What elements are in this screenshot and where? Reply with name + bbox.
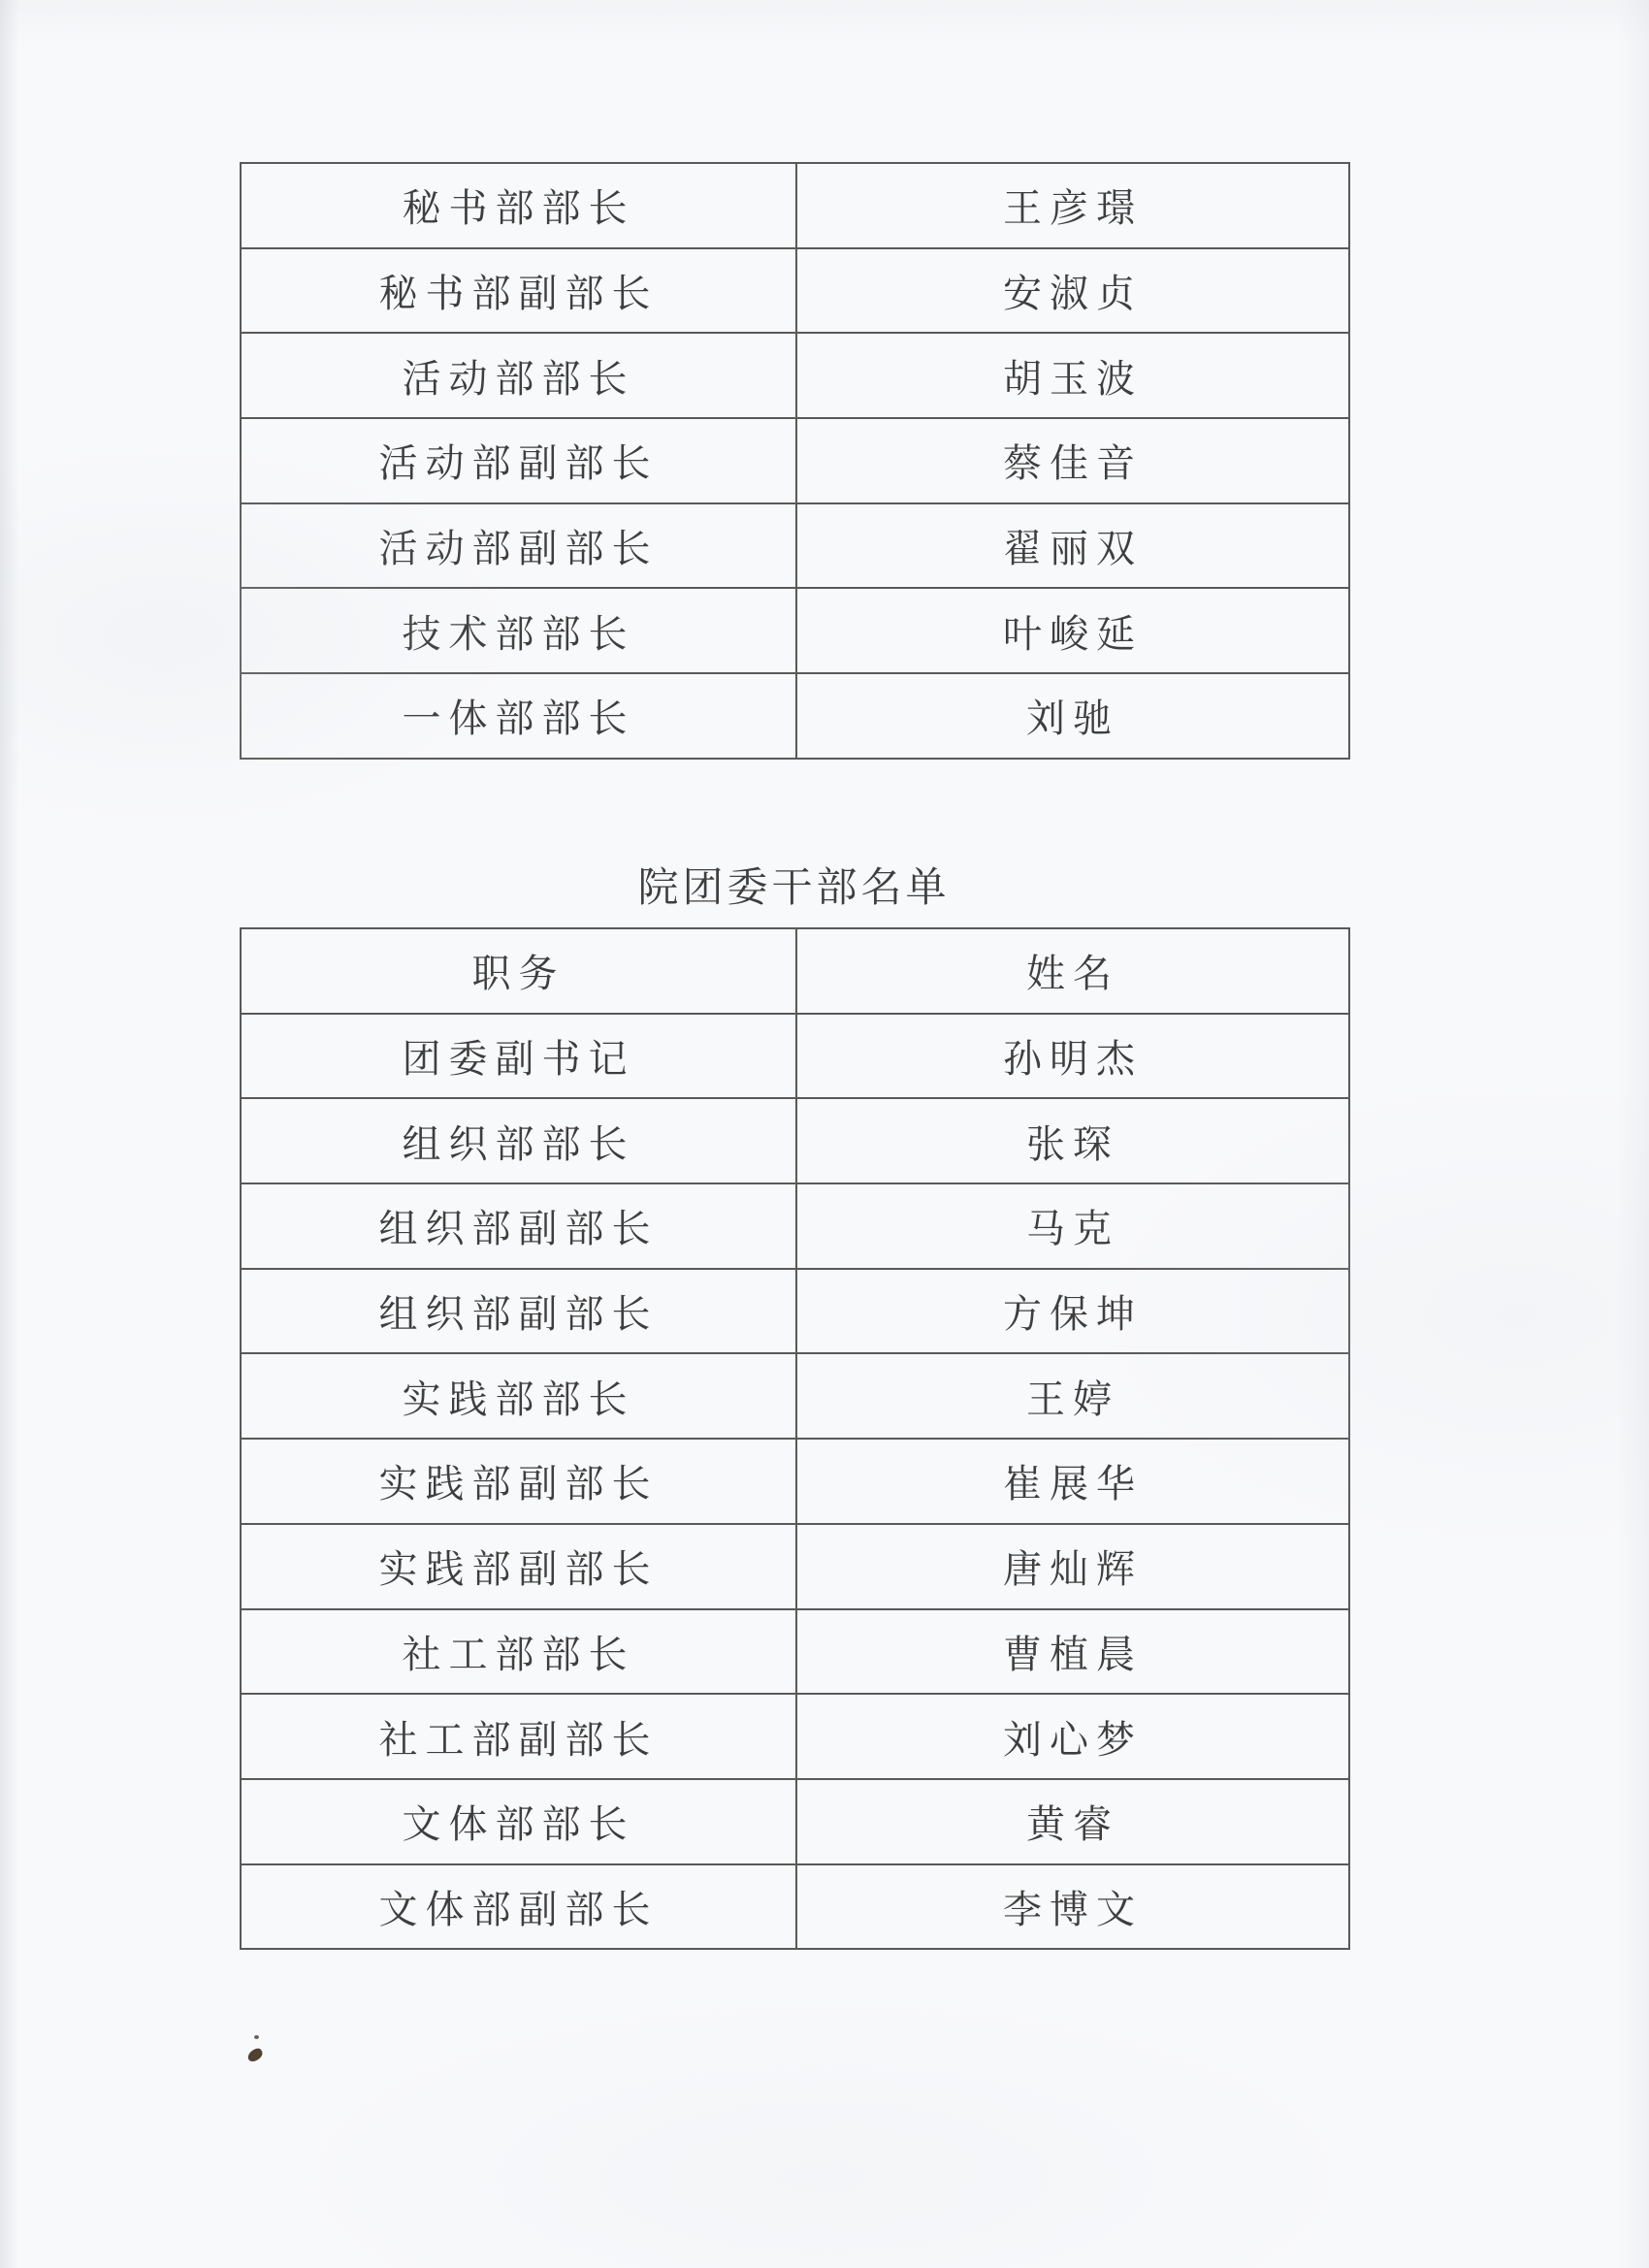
position-cell: 实践部部长 (241, 1353, 796, 1439)
table-row: 实践部部长 王婷 (241, 1353, 1349, 1439)
position-cell: 技术部部长 (241, 588, 796, 673)
position-cell: 活动部部长 (241, 333, 796, 418)
name-cell: 黄睿 (796, 1779, 1349, 1864)
table-row: 活动部部长 胡玉波 (241, 333, 1349, 418)
position-cell: 秘书部部长 (241, 163, 796, 248)
position-cell: 社工部部长 (241, 1609, 796, 1695)
name-cell: 马克 (796, 1183, 1349, 1269)
position-cell: 文体部部长 (241, 1779, 796, 1864)
league-committee-table: 职务 姓名 团委副书记 孙明杰 组织部部长 张琛 组织部副部长 马克 (240, 927, 1350, 1950)
department-heads-table: 秘书部部长 王彦璟 秘书部副部长 安淑贞 活动部部长 胡玉波 活动部副部长 蔡佳… (240, 162, 1350, 760)
ink-speck-dot (254, 2035, 259, 2039)
name-cell: 方保坤 (796, 1269, 1349, 1354)
position-cell: 秘书部副部长 (241, 248, 796, 334)
table-row: 活动部副部长 翟丽双 (241, 503, 1349, 589)
position-cell: 实践部副部长 (241, 1524, 796, 1609)
name-cell: 安淑贞 (796, 248, 1349, 334)
ink-speck (245, 2047, 264, 2063)
table-row: 秘书部部长 王彦璟 (241, 163, 1349, 248)
table-row: 实践部副部长 唐灿辉 (241, 1524, 1349, 1609)
position-cell: 活动部副部长 (241, 418, 796, 503)
position-cell: 团委副书记 (241, 1014, 796, 1099)
name-header-cell: 姓名 (796, 928, 1349, 1014)
name-cell: 蔡佳音 (796, 418, 1349, 503)
table-row: 社工部部长 曹植晨 (241, 1609, 1349, 1695)
table-row: 文体部部长 黄睿 (241, 1779, 1349, 1864)
table-row: 秘书部副部长 安淑贞 (241, 248, 1349, 334)
table-row: 社工部副部长 刘心梦 (241, 1694, 1349, 1779)
table-row: 一体部部长 刘驰 (241, 673, 1349, 759)
table-row: 活动部副部长 蔡佳音 (241, 418, 1349, 503)
table-row: 组织部部长 张琛 (241, 1098, 1349, 1183)
name-cell: 王彦璟 (796, 163, 1349, 248)
position-cell: 社工部副部长 (241, 1694, 796, 1779)
table-row: 技术部部长 叶峻延 (241, 588, 1349, 673)
position-cell: 一体部部长 (241, 673, 796, 759)
name-cell: 唐灿辉 (796, 1524, 1349, 1609)
table-row: 文体部副部长 李博文 (241, 1864, 1349, 1950)
table-row: 组织部副部长 马克 (241, 1183, 1349, 1269)
name-cell: 刘心梦 (796, 1694, 1349, 1779)
position-cell: 实践部副部长 (241, 1439, 796, 1524)
name-cell: 胡玉波 (796, 333, 1349, 418)
name-cell: 崔展华 (796, 1439, 1349, 1524)
name-cell: 张琛 (796, 1098, 1349, 1183)
name-cell: 刘驰 (796, 673, 1349, 759)
table-row: 组织部副部长 方保坤 (241, 1269, 1349, 1354)
position-cell: 组织部部长 (241, 1098, 796, 1183)
position-cell: 组织部副部长 (241, 1269, 796, 1354)
name-cell: 叶峻延 (796, 588, 1349, 673)
position-cell: 活动部副部长 (241, 503, 796, 589)
name-cell: 翟丽双 (796, 503, 1349, 589)
position-cell: 文体部副部长 (241, 1864, 796, 1950)
scanned-page: 秘书部部长 王彦璟 秘书部副部长 安淑贞 活动部部长 胡玉波 活动部副部长 蔡佳… (0, 0, 1649, 2268)
name-cell: 王婷 (796, 1353, 1349, 1439)
name-cell: 曹植晨 (796, 1609, 1349, 1695)
name-cell: 李博文 (796, 1864, 1349, 1950)
table-row: 实践部副部长 崔展华 (241, 1439, 1349, 1524)
position-header-cell: 职务 (241, 928, 796, 1014)
table-header-row: 职务 姓名 (241, 928, 1349, 1014)
position-cell: 组织部副部长 (241, 1183, 796, 1269)
table-row: 团委副书记 孙明杰 (241, 1014, 1349, 1099)
section-title: 院团委干部名单 (240, 863, 1348, 914)
name-cell: 孙明杰 (796, 1014, 1349, 1099)
